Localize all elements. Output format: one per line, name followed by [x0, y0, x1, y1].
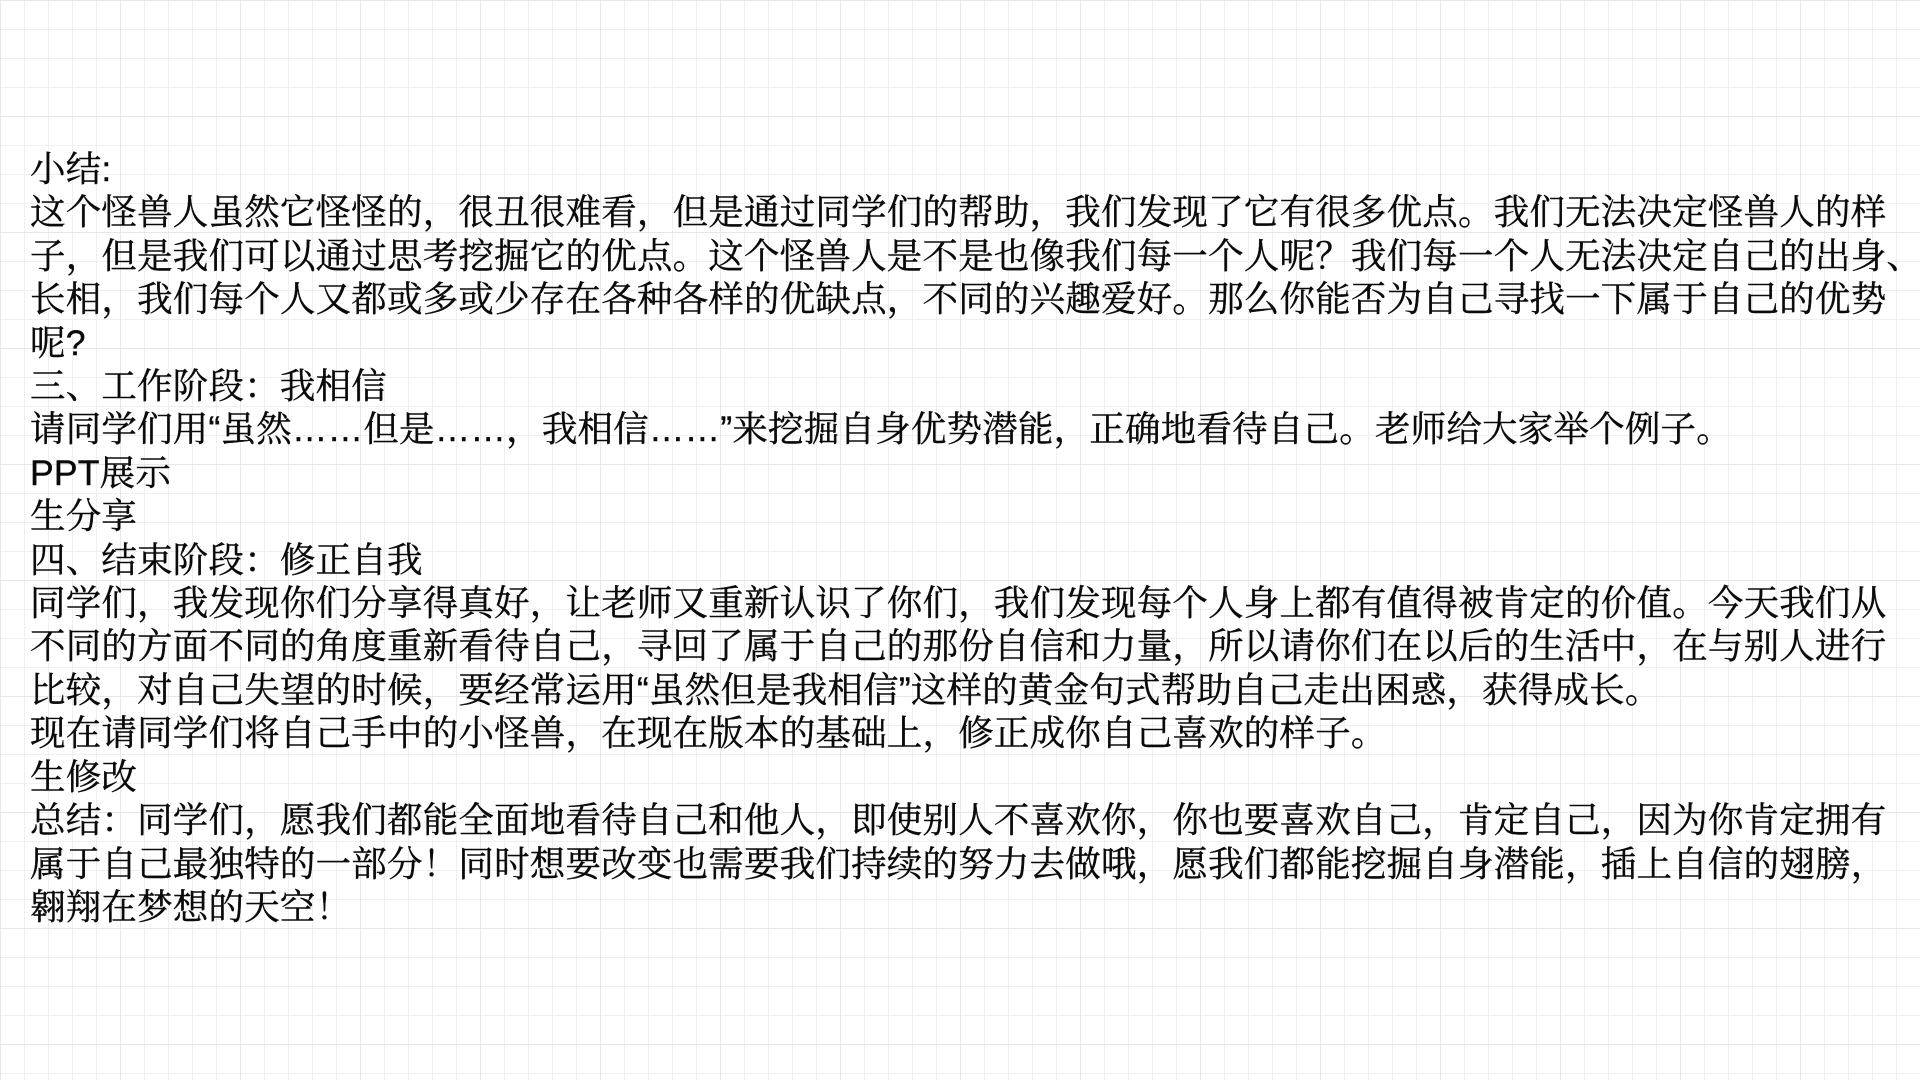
text-line: 比较，对自己失望的时候，要经常运用“虽然但是我相信”这样的黄金句式帮助自己走出困…	[30, 669, 1920, 712]
document-text-block: 小结: 这个怪兽人虽然它怪怪的，很丑很难看，但是通过同学们的帮助，我们发现了它有…	[30, 148, 1920, 929]
text-line: 请同学们用“虽然……但是……，我相信……”来挖掘自身优势潜能，正确地看待自己。老…	[30, 408, 1920, 451]
text-line: 现在请同学们将自己手中的小怪兽，在现在版本的基础上，修正成你自己喜欢的样子。	[30, 712, 1920, 755]
text-line: 翱翔在梦想的天空！	[30, 886, 1920, 929]
text-line-heading-stage3: 三、工作阶段：我相信	[30, 365, 1920, 408]
text-line: 生分享	[30, 495, 1920, 538]
text-line: 长相，我们每个人又都或多或少存在各种各样的优缺点，不同的兴趣爱好。那么你能否为自…	[30, 278, 1920, 321]
text-line-heading-conclusion: 总结：同学们，愿我们都能全面地看待自己和他人，即使别人不喜欢你，你也要喜欢自己，…	[30, 799, 1920, 842]
text-line: 同学们，我发现你们分享得真好，让老师又重新认识了你们，我们发现每个人身上都有值得…	[30, 582, 1920, 625]
text-line: 不同的方面不同的角度重新看待自己，寻回了属于自己的那份自信和力量，所以请你们在以…	[30, 625, 1920, 668]
text-line: 属于自己最独特的一部分！同时想要改变也需要我们持续的努力去做哦，愿我们都能挖掘自…	[30, 843, 1920, 886]
text-line-ppt: PPT展示	[30, 452, 1920, 495]
text-line-heading-stage4: 四、结束阶段：修正自我	[30, 539, 1920, 582]
text-line: 呢?	[30, 322, 1920, 365]
text-line-heading-summary: 小结:	[30, 148, 1920, 191]
text-line: 这个怪兽人虽然它怪怪的，很丑很难看，但是通过同学们的帮助，我们发现了它有很多优点…	[30, 191, 1920, 234]
grid-paper-page: 小结: 这个怪兽人虽然它怪怪的，很丑很难看，但是通过同学们的帮助，我们发现了它有…	[0, 0, 1920, 1080]
text-line: 生修改	[30, 756, 1920, 799]
text-line: 子，但是我们可以通过思考挖掘它的优点。这个怪兽人是不是也像我们每一个人呢？我们每…	[30, 235, 1920, 278]
